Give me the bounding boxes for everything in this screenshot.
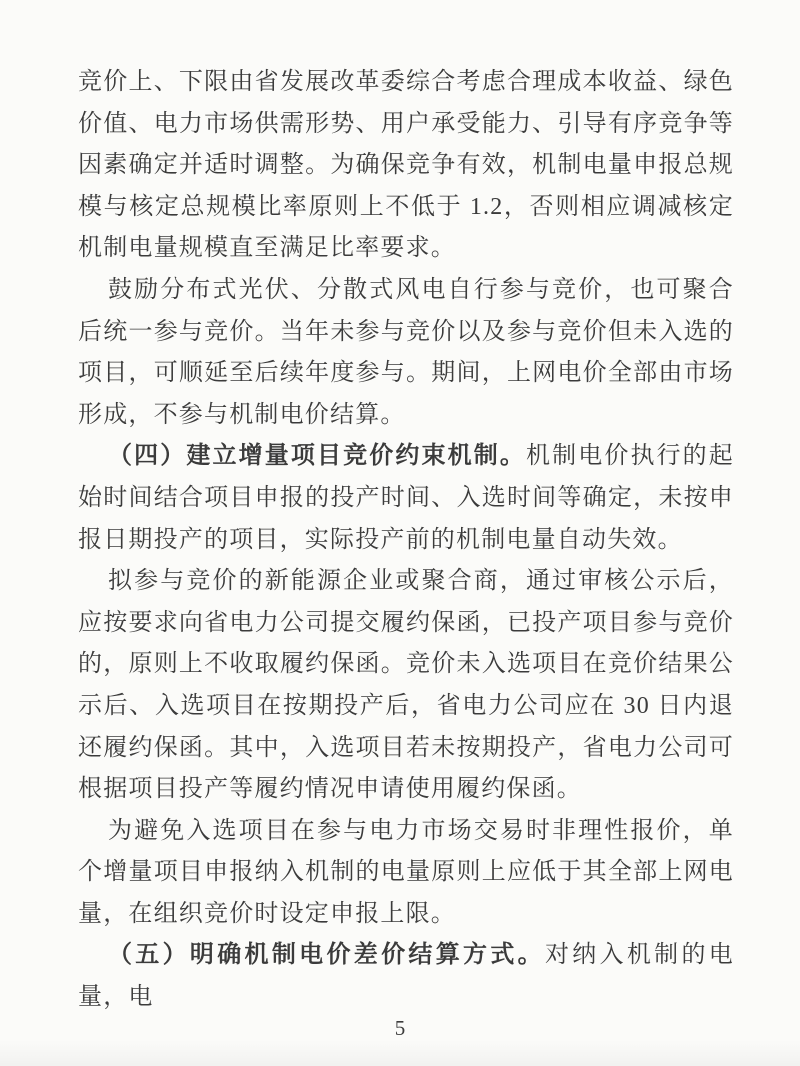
body-text: 竞价上、下限由省发展改革委综合考虑合理成本收益、绿色价值、电力市场供需形势、用户… bbox=[78, 69, 734, 261]
bold-section-heading: （五）明确机制电价差价结算方式。 bbox=[108, 942, 545, 968]
scanned-document-page: 竞价上、下限由省发展改革委综合考虑合理成本收益、绿色价值、电力市场供需形势、用户… bbox=[0, 0, 800, 1066]
body-text: 为避免入选项目在参与电力市场交易时非理性报价，单个增量项目申报纳入机制的电量原则… bbox=[78, 818, 734, 927]
paragraph: （五）明确机制电价差价结算方式。对纳入机制的电量，电 bbox=[78, 935, 734, 1018]
paragraph: 拟参与竞价的新能源企业或聚合商，通过审核公示后，应按要求向省电力公司提交履约保函… bbox=[78, 561, 734, 811]
body-text: 鼓励分布式光伏、分散式风电自行参与竞价，也可聚合后统一参与竞价。当年未参与竞价以… bbox=[78, 277, 734, 428]
paragraph: 竞价上、下限由省发展改革委综合考虑合理成本收益、绿色价值、电力市场供需形势、用户… bbox=[78, 62, 734, 270]
page-number: 5 bbox=[0, 1016, 800, 1041]
body-text: 拟参与竞价的新能源企业或聚合商，通过审核公示后，应按要求向省电力公司提交履约保函… bbox=[78, 568, 734, 802]
paragraph: （四）建立增量项目竞价约束机制。机制电价执行的起始时间结合项目申报的投产时间、入… bbox=[78, 436, 734, 561]
bold-section-heading: （四）建立增量项目竞价约束机制。 bbox=[108, 443, 526, 469]
paragraph: 鼓励分布式光伏、分散式风电自行参与竞价，也可聚合后统一参与竞价。当年未参与竞价以… bbox=[78, 270, 734, 436]
document-body: 竞价上、下限由省发展改革委综合考虑合理成本收益、绿色价值、电力市场供需形势、用户… bbox=[78, 62, 734, 1019]
paragraph: 为避免入选项目在参与电力市场交易时非理性报价，单个增量项目申报纳入机制的电量原则… bbox=[78, 811, 734, 936]
